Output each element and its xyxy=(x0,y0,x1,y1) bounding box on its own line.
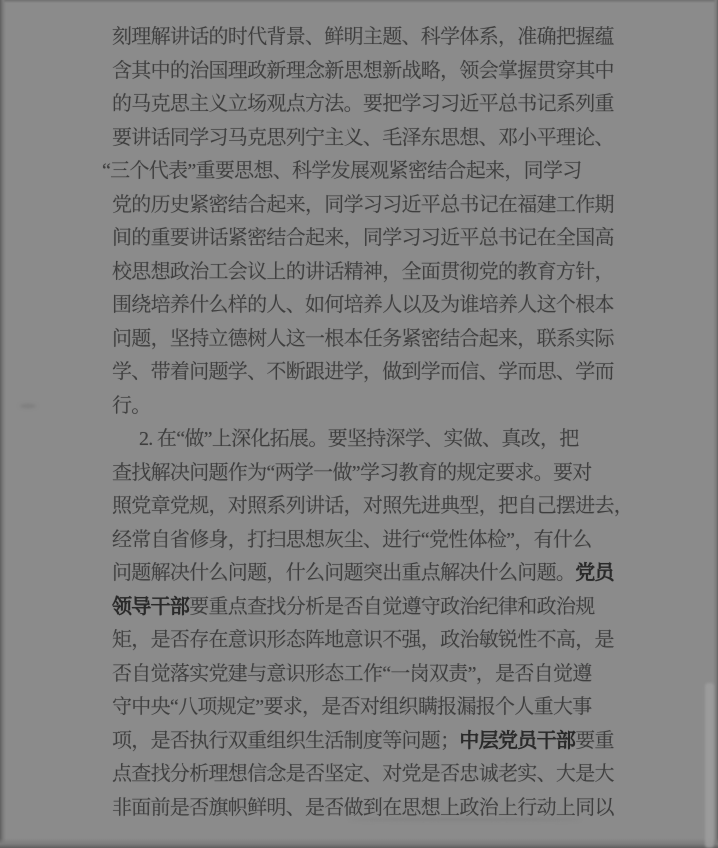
scan-edge-left xyxy=(0,0,6,848)
text-segment: 查找解决问题作为“两学一做”学习教育的规定要求。要对 xyxy=(112,462,592,484)
text-segment: 校思想政治工会议上的讲话精神，全面贯彻党的教育方针， xyxy=(112,261,614,283)
text-line: 行。 xyxy=(112,390,632,424)
text-segment: 党的历史紧密结合起来，同学习习近平总书记在福建工作期 xyxy=(112,194,614,216)
scan-artifact xyxy=(20,404,36,408)
text-line: 问题解决什么问题，什么问题突出重点解决什么问题。党员 xyxy=(112,557,632,591)
text-line: 矩，是否存在意识形态阵地意识不强，政治敏锐性不高，是 xyxy=(112,624,632,658)
text-line: 2. 在“做”上深化拓展。要坚持深学、实做、真改，把 xyxy=(112,423,632,457)
text-segment: 点查找分析理想信念是否坚定、对党是否忠诚老实、大是大 xyxy=(112,763,614,785)
text-line: 围绕培养什么样的人、如何培养人以及为谁培养人这个根本 xyxy=(112,289,632,323)
bold-text-segment: 中层党员干部 xyxy=(459,730,575,752)
text-line: 党的历史紧密结合起来，同学习习近平总书记在福建工作期 xyxy=(112,189,632,223)
text-segment: 要讲话同学习马克思列宁主义、毛泽东思想、邓小平理论、 xyxy=(112,127,614,149)
bold-text-segment: 领导干部 xyxy=(112,596,189,618)
text-line: 含其中的治国理政新理念新思想新战略，领会掌握贯穿其中 xyxy=(112,55,632,89)
scanned-page: 刻理解讲话的时代背景、鲜明主题、科学体系，准确把握蕴含其中的治国理政新理念新思想… xyxy=(0,0,718,848)
text-line: 校思想政治工会议上的讲话精神，全面贯彻党的教育方针， xyxy=(112,256,632,290)
text-segment: 学、带着问题学、不断跟进学，做到学而信、学而思、学而 xyxy=(112,361,614,383)
text-line: 间的重要讲话紧密结合起来，同学习习近平总书记在全国高 xyxy=(112,222,632,256)
text-line: 学、带着问题学、不断跟进学，做到学而信、学而思、学而 xyxy=(112,356,632,390)
page-edge-highlight xyxy=(705,683,714,848)
text-line: 要讲话同学习马克思列宁主义、毛泽东思想、邓小平理论、 xyxy=(112,122,632,156)
text-segment: 要重点查找分析是否自觉遵守政治纪律和政治规 xyxy=(189,596,594,618)
text-line: 查找解决问题作为“两学一做”学习教育的规定要求。要对 xyxy=(112,457,632,491)
bold-text-segment: 党员 xyxy=(575,562,614,584)
text-segment: 经常自省修身，打扫思想灰尘、进行“党性体检”，有什么 xyxy=(112,529,592,551)
text-segment: 含其中的治国理政新理念新思想新战略，领会掌握贯穿其中 xyxy=(112,60,614,82)
scan-edge-bottom xyxy=(0,838,718,848)
text-segment: 2. 在“做”上深化拓展。要坚持深学、实做、真改，把 xyxy=(139,428,579,450)
text-line: “三个代表”重要思想、科学发展观紧密结合起来，同学习 xyxy=(102,155,632,189)
text-segment: 刻理解讲话的时代背景、鲜明主题、科学体系，准确把握蕴 xyxy=(112,26,614,48)
text-segment: 问题解决什么问题，什么问题突出重点解决什么问题。 xyxy=(112,562,575,584)
text-segment: 围绕培养什么样的人、如何培养人以及为谁培养人这个根本 xyxy=(112,294,614,316)
text-line: 领导干部要重点查找分析是否自觉遵守政治纪律和政治规 xyxy=(112,591,632,625)
text-line: 问题，坚持立德树人这一根本任务紧密结合起来，联系实际 xyxy=(112,323,632,357)
text-segment: 守中央“八项规定”要求，是否对组织瞒报漏报个人重大事 xyxy=(112,696,592,718)
text-line: 点查找分析理想信念是否坚定、对党是否忠诚老实、大是大 xyxy=(112,758,632,792)
text-segment: 问题，坚持立德树人这一根本任务紧密结合起来，联系实际 xyxy=(112,328,614,350)
text-segment: 矩，是否存在意识形态阵地意识不强，政治敏锐性不高，是 xyxy=(112,629,614,651)
text-line: 经常自省修身，打扫思想灰尘、进行“党性体检”，有什么 xyxy=(112,524,632,558)
text-line: 非面前是否旗帜鲜明、是否做到在思想上政治上行动上同以 xyxy=(112,792,632,826)
text-line: 项，是否执行双重组织生活制度等问题；中层党员干部要重 xyxy=(112,725,632,759)
text-segment: 非面前是否旗帜鲜明、是否做到在思想上政治上行动上同以 xyxy=(112,797,614,819)
text-line: 刻理解讲话的时代背景、鲜明主题、科学体系，准确把握蕴 xyxy=(112,21,632,55)
text-segment: 否自觉落实党建与意识形态工作“一岗双责”，是否自觉遵 xyxy=(112,663,592,685)
text-line: 的马克思主义立场观点方法。要把学习习近平总书记系列重 xyxy=(112,88,632,122)
text-line: 守中央“八项规定”要求，是否对组织瞒报漏报个人重大事 xyxy=(112,691,632,725)
text-segment: 行。 xyxy=(112,395,151,417)
scan-edge-top xyxy=(0,0,718,3)
document-text: 刻理解讲话的时代背景、鲜明主题、科学体系，准确把握蕴含其中的治国理政新理念新思想… xyxy=(112,21,632,825)
text-line: 照党章党规，对照系列讲话，对照先进典型，把自己摆进去， xyxy=(112,490,632,524)
text-line: 否自觉落实党建与意识形态工作“一岗双责”，是否自觉遵 xyxy=(112,658,632,692)
text-segment: 照党章党规，对照系列讲话，对照先进典型，把自己摆进去， xyxy=(112,495,633,517)
text-segment: “三个代表”重要思想、科学发展观紧密结合起来，同学习 xyxy=(102,160,582,182)
text-segment: 的马克思主义立场观点方法。要把学习习近平总书记系列重 xyxy=(112,93,614,115)
text-segment: 间的重要讲话紧密结合起来，同学习习近平总书记在全国高 xyxy=(112,227,614,249)
text-segment: 项，是否执行双重组织生活制度等问题； xyxy=(112,730,459,752)
text-segment: 要重 xyxy=(575,730,614,752)
